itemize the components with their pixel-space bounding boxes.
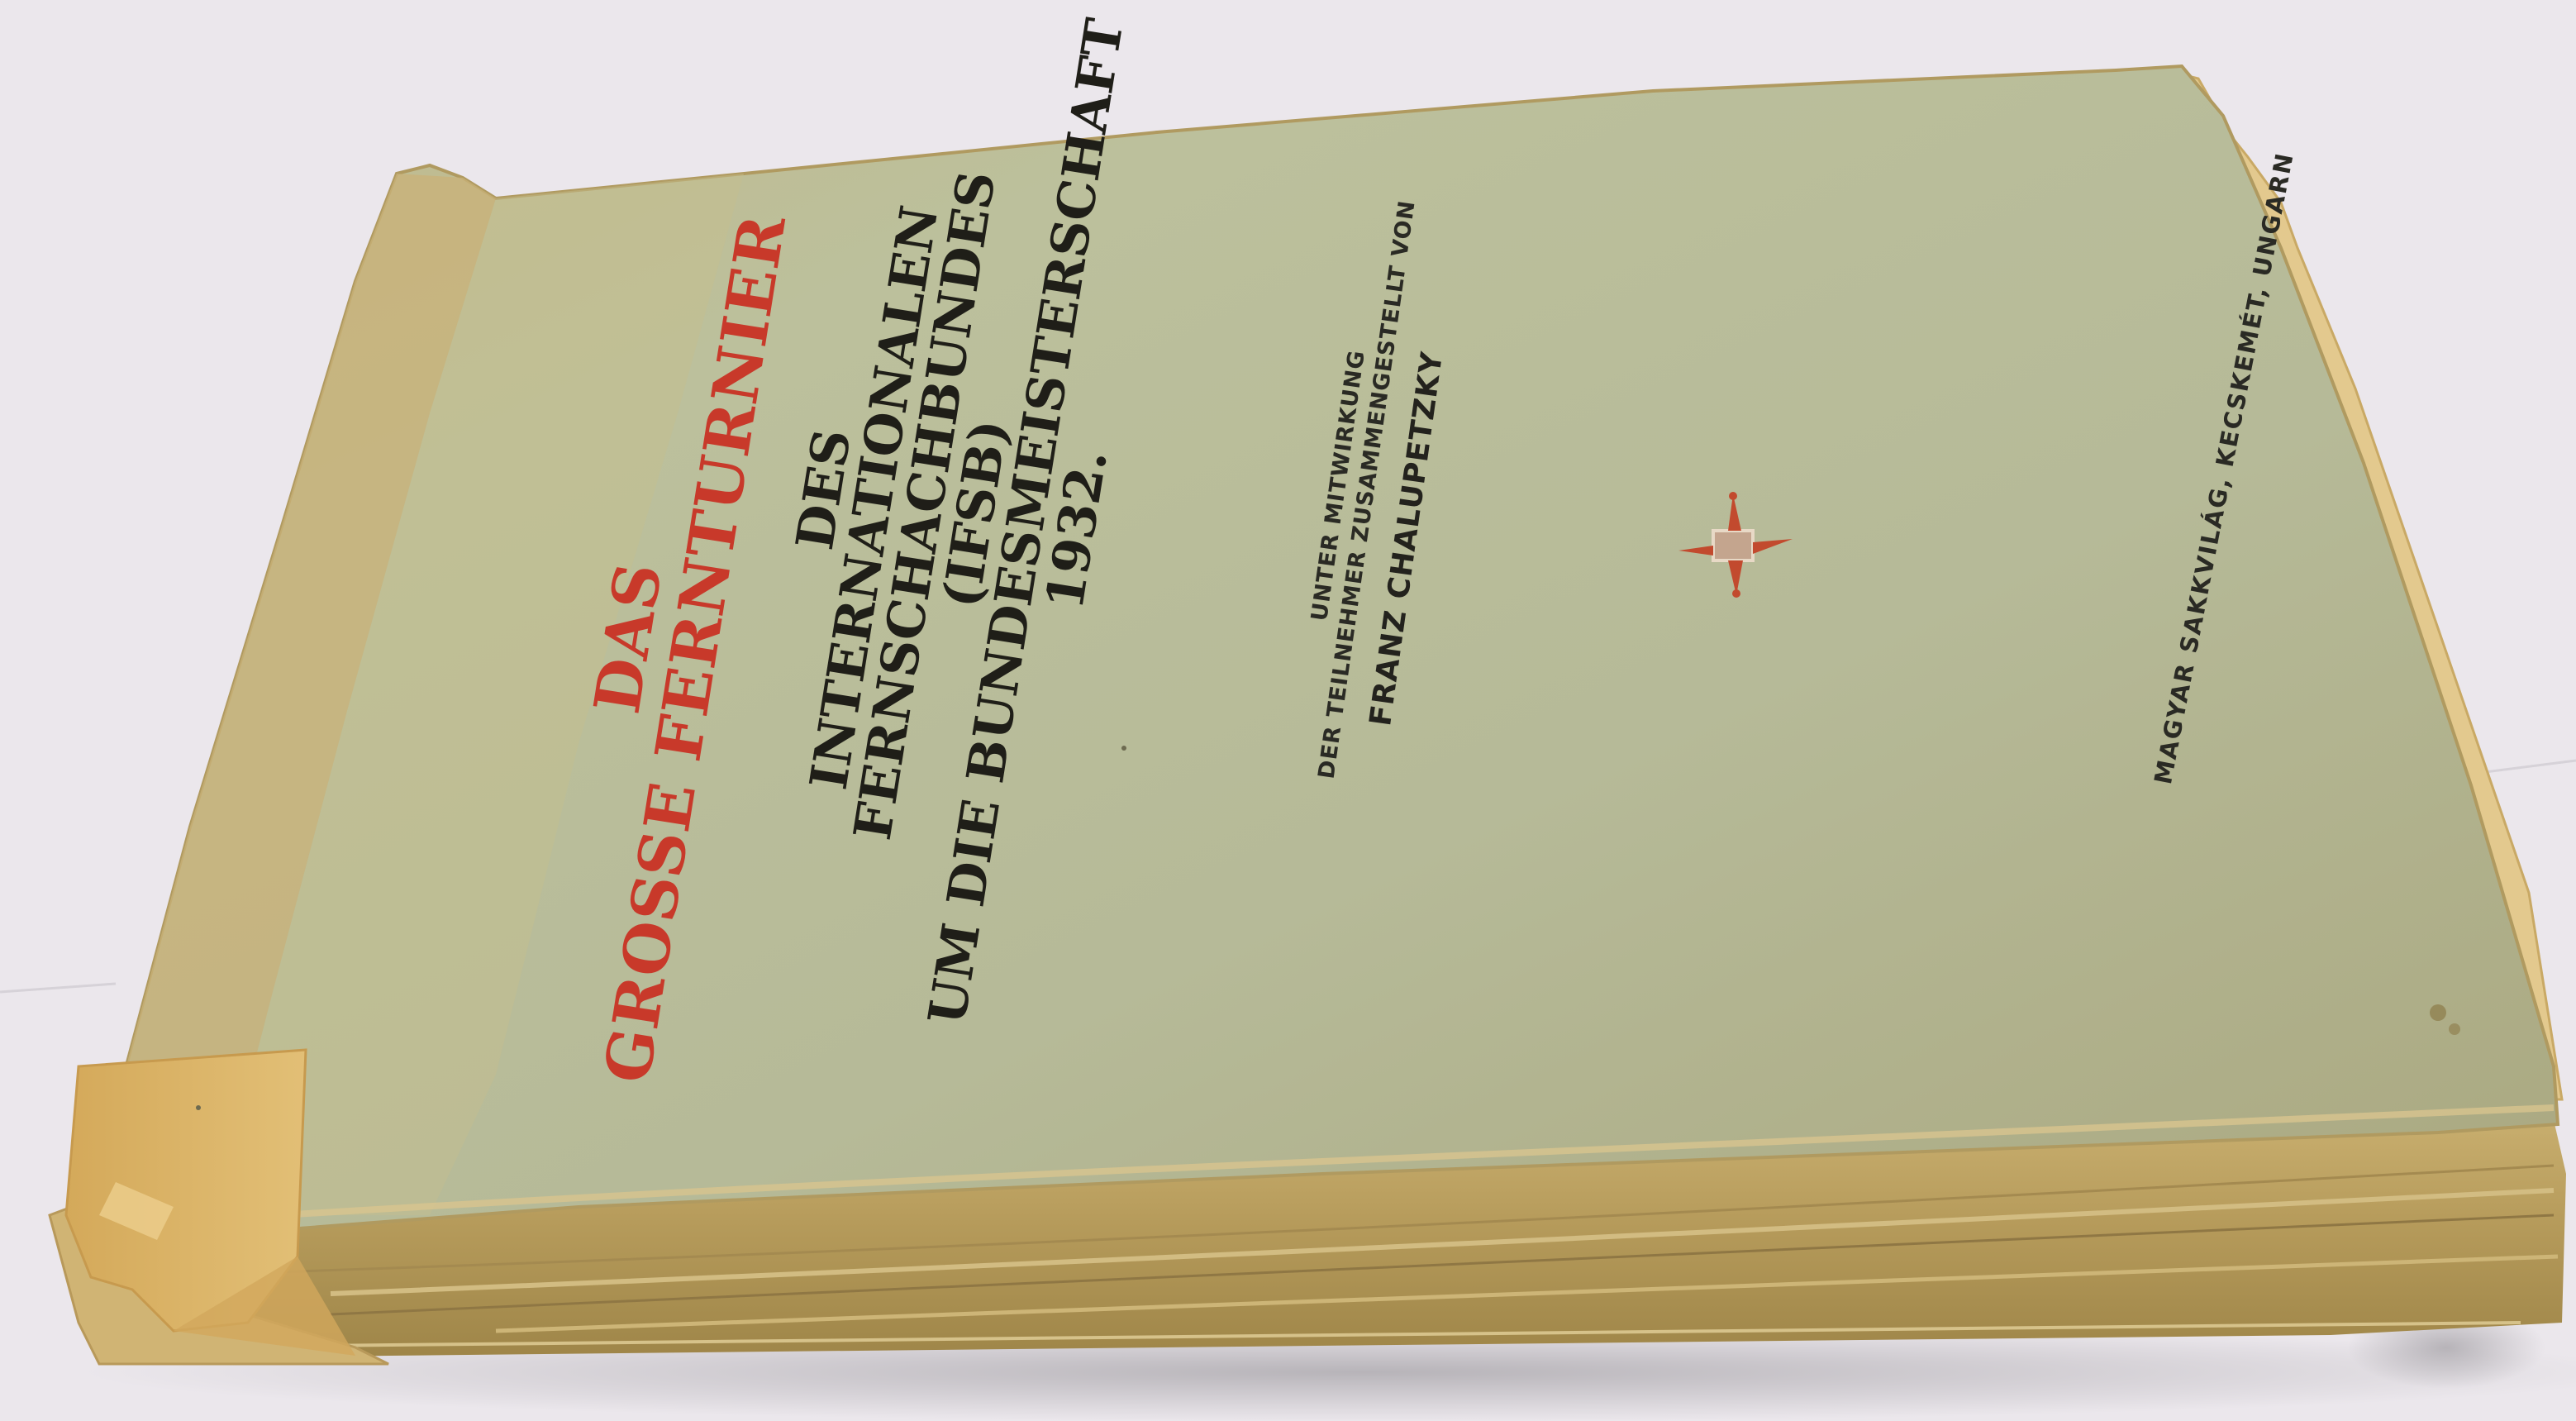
photo-scene: DAS GROSSE FERNTURNIER DES INTERNATIONAL… [0,0,2576,1421]
book-illustration [0,0,2576,1421]
